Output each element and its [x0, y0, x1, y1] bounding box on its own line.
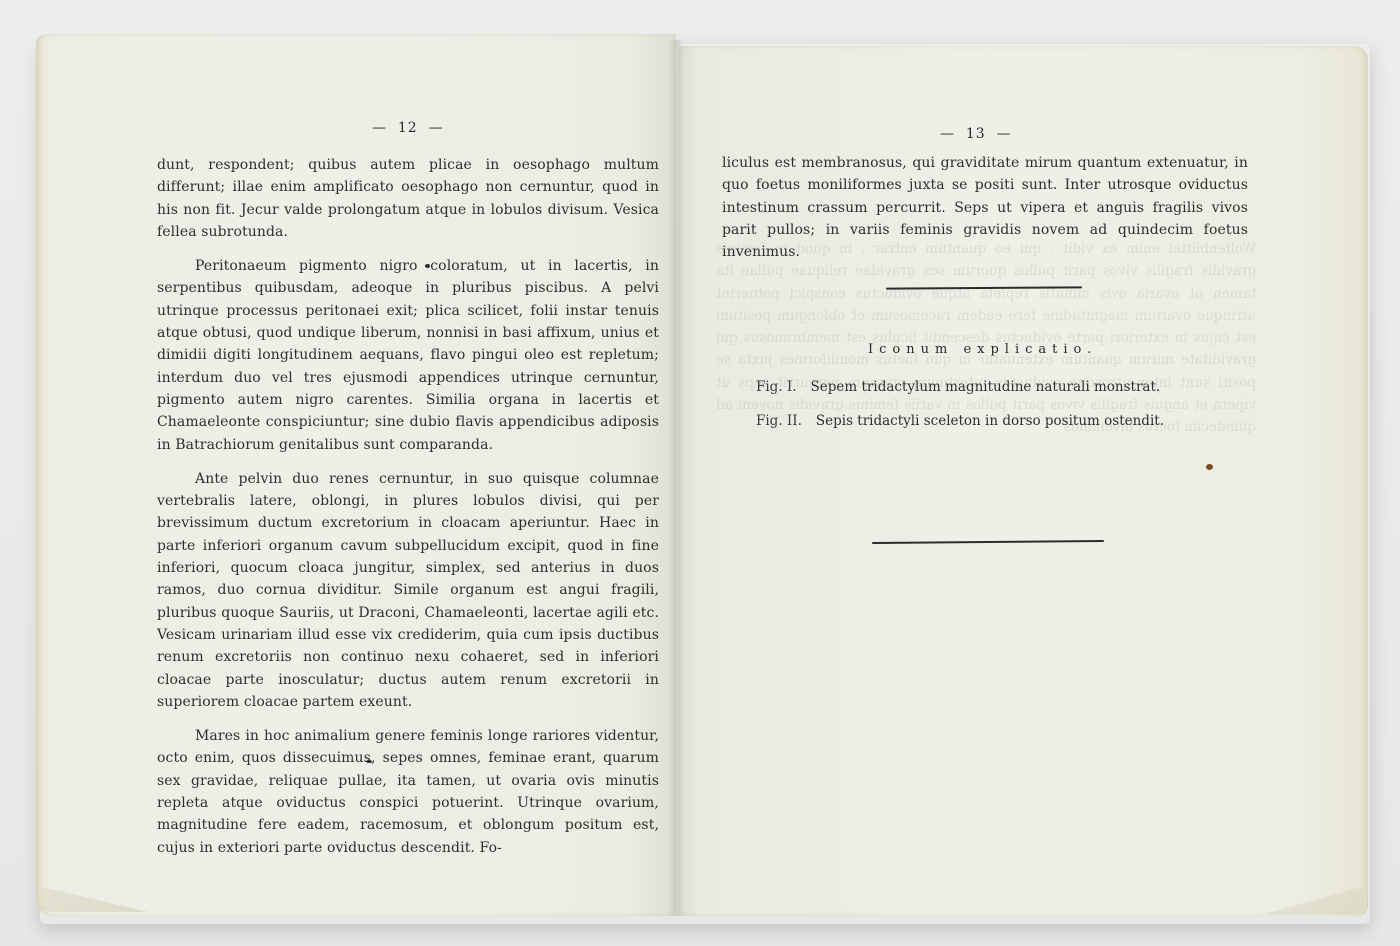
bottom-left-corner-fold — [38, 886, 148, 912]
ink-dot — [425, 264, 430, 268]
figure-label: Fig. I. — [756, 379, 797, 395]
paragraph: Ante pelvin duo renes cernuntur, in suo … — [157, 468, 659, 713]
figure-caption-2: Fig. II.Sepis tridactyli sceleton in dor… — [756, 413, 1164, 429]
book-gutter — [668, 40, 684, 916]
paragraph: dunt, respondent; quibus autem plicae in… — [157, 154, 659, 243]
paragraph: Mares in hoc animalium genere feminis lo… — [157, 725, 659, 859]
right-page-number: — 13 — — [940, 126, 1012, 142]
paragraph: Peritonaeum pigmento nigro coloratum, ut… — [157, 255, 659, 456]
right-page-body: liculus est membranosus, qui graviditate… — [722, 152, 1248, 263]
figure-label: Fig. II. — [756, 413, 802, 429]
paragraph: liculus est membranosus, qui graviditate… — [722, 152, 1248, 263]
figure-caption-text: Sepis tridactyli sceleton in dorso posit… — [816, 413, 1164, 429]
bottom-right-corner-fold — [1264, 886, 1364, 914]
figure-caption-text: Sepem tridactylum magnitudine naturali m… — [811, 379, 1161, 395]
ink-dot — [366, 760, 372, 763]
book-scan-scene: Wolfenbüttel enim ex vidit , qui eo quan… — [0, 0, 1400, 946]
left-page-body: dunt, respondent; quibus autem plicae in… — [157, 154, 659, 859]
brown-stain — [1206, 464, 1213, 470]
figure-caption-1: Fig. I.Sepem tridactylum magnitudine nat… — [756, 379, 1160, 395]
left-page-number: — 12 — — [372, 120, 444, 136]
section-heading: Iconum explicatio. — [868, 342, 1097, 357]
